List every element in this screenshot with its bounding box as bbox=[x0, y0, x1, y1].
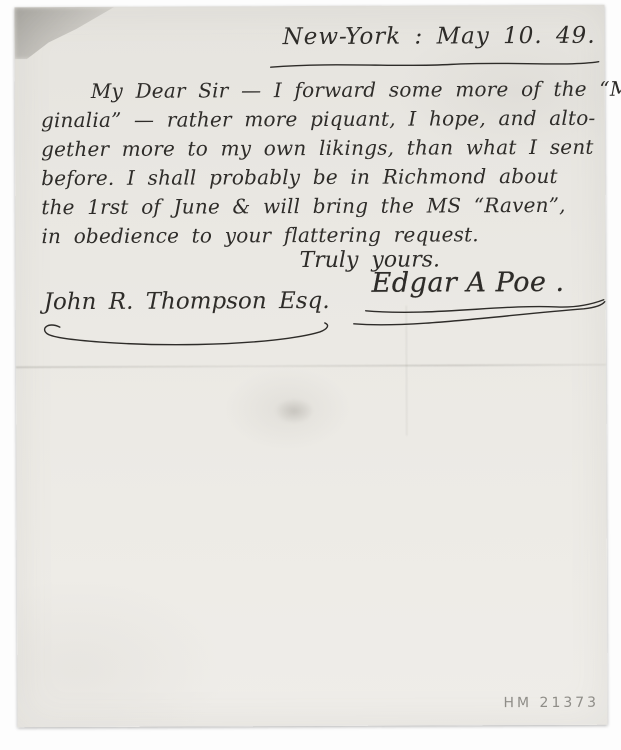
signature: Edgar A Poe . bbox=[372, 267, 565, 299]
body-line: ginalia” — rather more piquant, I hope, … bbox=[41, 104, 581, 135]
fold-crease-vertical bbox=[406, 306, 408, 436]
body-line: before. I shall probably be in Richmond … bbox=[41, 162, 581, 193]
addressee: John R. Thompson Esq. bbox=[44, 288, 330, 315]
body-line: the 1rst of June & will bring the MS “Ra… bbox=[41, 191, 581, 222]
scanned-letter-page: New-York : May 10. 49. My Dear Sir — I f… bbox=[0, 0, 621, 750]
body-line: My Dear Sir — I forward some more of the… bbox=[41, 75, 581, 106]
fold-crease-horizontal bbox=[16, 364, 606, 369]
dateline-underline-flourish bbox=[267, 55, 603, 74]
addressee-underline-flourish bbox=[38, 318, 334, 353]
dateline: New-York : May 10. 49. bbox=[283, 23, 596, 50]
letter-paper: New-York : May 10. 49. My Dear Sir — I f… bbox=[14, 5, 607, 728]
catalog-number: HM 21373 bbox=[503, 695, 599, 711]
paper-smudge bbox=[274, 398, 314, 424]
signature-underline-flourish bbox=[352, 297, 608, 332]
body-line: in obedience to your flattering request. bbox=[41, 220, 581, 251]
corner-stain bbox=[14, 7, 114, 59]
body-line: gether more to my own likings, than what… bbox=[41, 133, 581, 164]
letter-body: My Dear Sir — I forward some more of the… bbox=[41, 75, 582, 251]
